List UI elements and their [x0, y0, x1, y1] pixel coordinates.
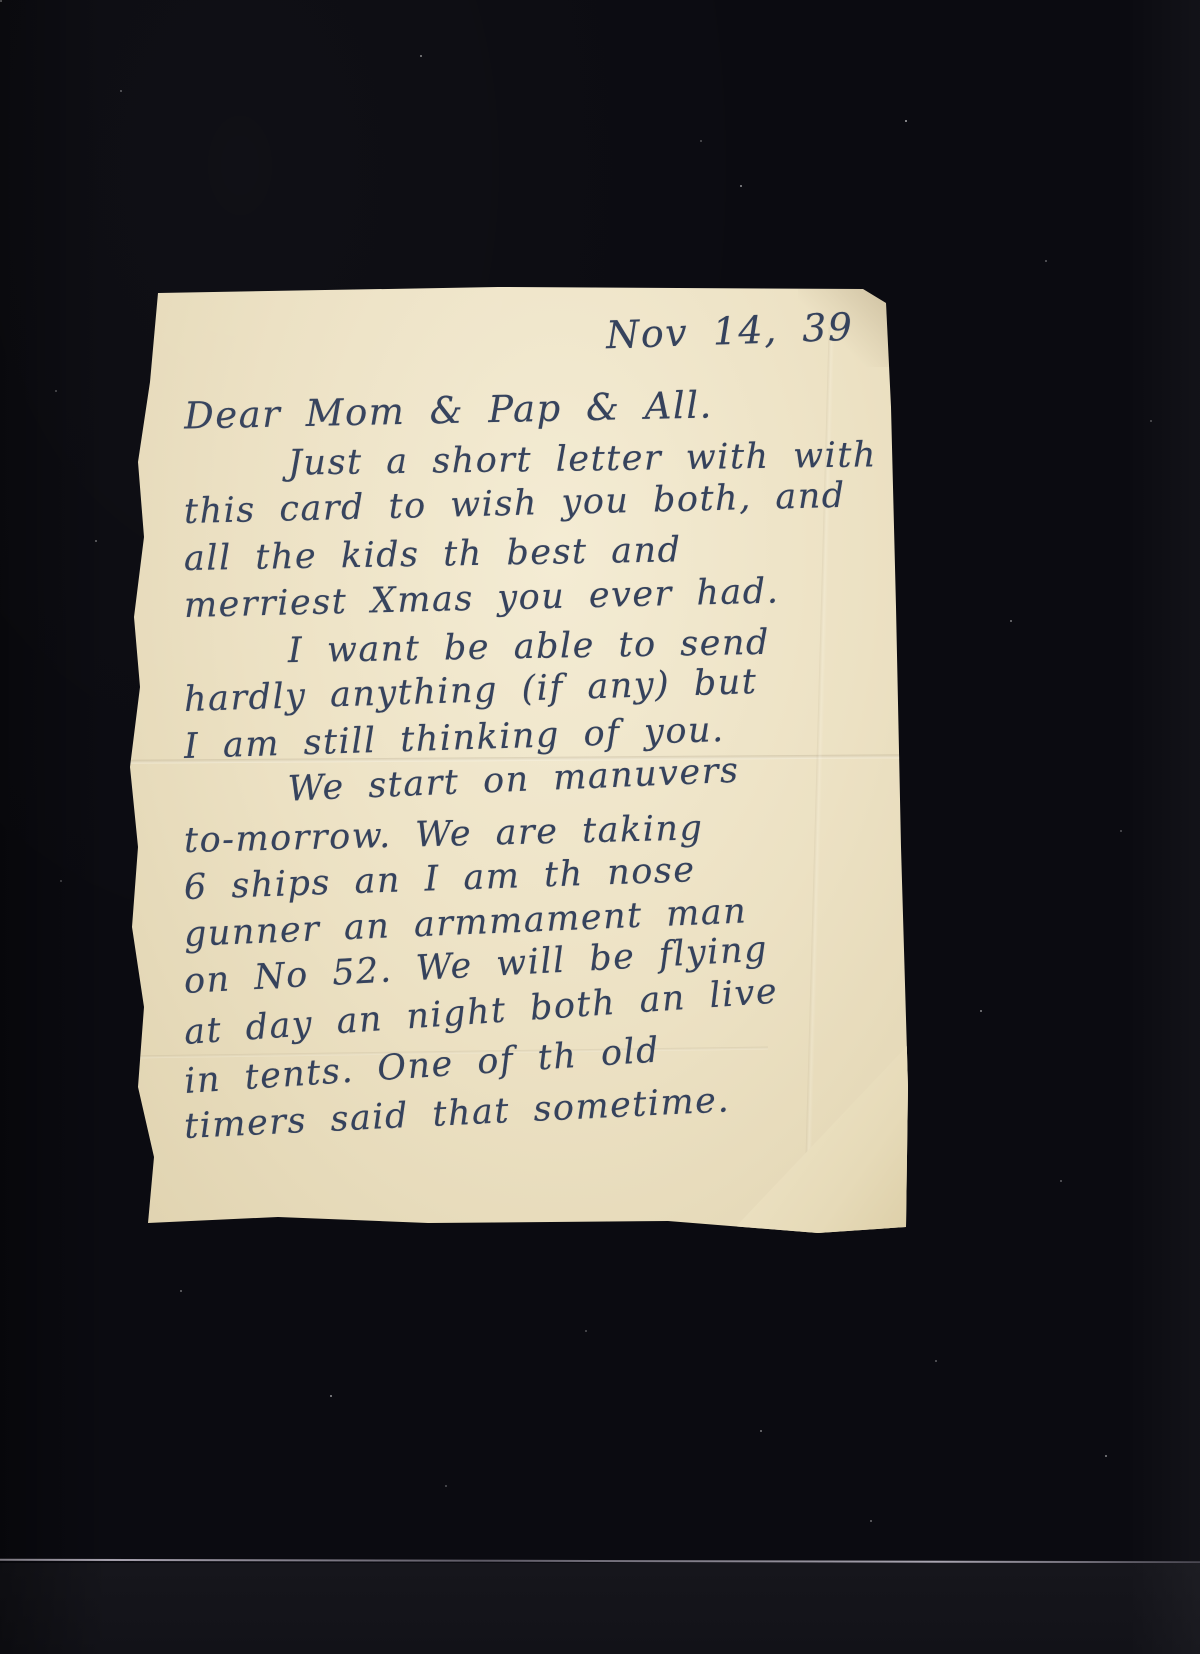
- scan-bottom-band: [0, 1563, 1200, 1654]
- letter-salutation: Dear Mom & Pap & All.: [184, 383, 714, 437]
- scanned-letter-page: Nov 14, 39 Dear Mom & Pap & All. Just a …: [0, 0, 1200, 1654]
- letter-date: Nov 14, 39: [605, 305, 854, 358]
- letter-paper: Nov 14, 39 Dear Mom & Pap & All. Just a …: [128, 287, 908, 1235]
- letter-body: Just a short letter with with this card …: [184, 442, 888, 1147]
